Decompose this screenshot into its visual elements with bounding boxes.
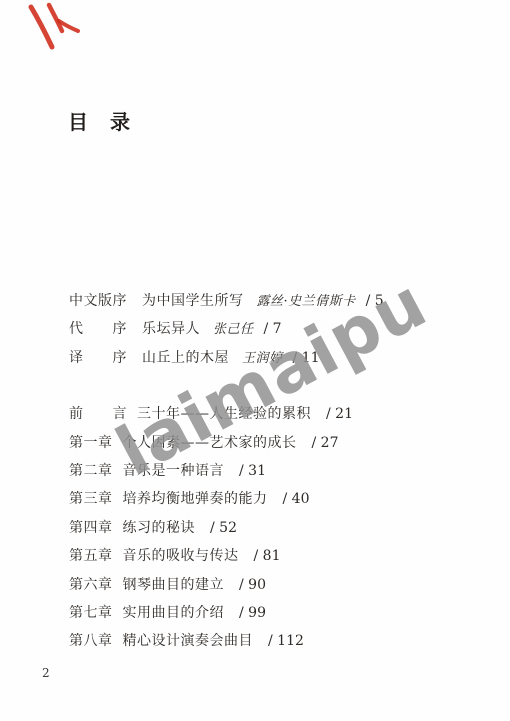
toc-row: 代 序乐坛异人张己任/ 7 [69,315,384,343]
toc-row-page: / 90 [239,577,266,593]
table-of-contents: 中文版序为中国学生所写露丝·史兰倩斯卡/ 5代 序乐坛异人张己任/ 7译 序山丘… [69,287,384,656]
toc-row-title: 乐坛异人 [142,321,200,337]
page-title: 目 录 [68,106,131,135]
toc-row: 第七章实用曲目的介绍/ 99 [69,599,384,627]
book-page: 目 录 laimaipu 中文版序为中国学生所写露丝·史兰倩斯卡/ 5代 序乐坛… [0,0,510,721]
toc-row-author: 王润婷 [242,351,283,366]
toc-row-title: 练习的秘诀 [123,520,196,536]
toc-row-author: 张己任 [213,322,254,337]
toc-row-label: 译 序 [69,350,127,366]
toc-row-page: / 81 [254,548,281,564]
toc-row-label: 第四章 [69,520,113,536]
toc-group-gap [69,372,384,400]
toc-row-title: 三十年——人生经验的累积 [137,406,311,422]
toc-row-title: 音乐是一种语言 [123,463,225,479]
toc-row-title: 精心设计演奏会曲目 [123,633,254,649]
toc-row-page: / 40 [283,491,310,507]
toc-row: 第四章练习的秘诀/ 52 [69,514,384,542]
toc-row: 前 言三十年——人生经验的累积/ 21 [69,400,384,428]
toc-row: 第六章钢琴曲目的建立/ 90 [69,571,384,599]
toc-row-label: 第六章 [69,577,113,593]
toc-row: 译 序山丘上的木屋王润婷/ 11 [69,344,384,372]
toc-row-title: 实用曲目的介绍 [123,605,225,621]
toc-row-page: / 112 [268,633,304,649]
toc-row: 第二章音乐是一种语言/ 31 [69,457,384,485]
toc-row-label: 第五章 [69,548,113,564]
toc-row-label: 第一章 [69,435,113,451]
toc-row-label: 第二章 [69,463,113,479]
red-pen-marks-icon [0,0,120,70]
toc-row-title: 培养均衡地弹奏的能力 [123,491,268,507]
toc-row-title: 为中国学生所写 [142,293,244,309]
toc-row-page: / 5 [366,293,384,309]
toc-row-page: / 52 [210,520,237,536]
toc-row-label: 代 序 [69,321,127,337]
page-number: 2 [42,666,50,680]
toc-row-label: 第三章 [69,491,113,507]
toc-row-page: / 21 [326,406,353,422]
toc-row-page: / 11 [293,350,320,366]
toc-row-label: 前 言 [69,406,127,422]
toc-row: 第五章音乐的吸收与传达/ 81 [69,542,384,570]
toc-row-label: 第七章 [69,605,113,621]
toc-row: 中文版序为中国学生所写露丝·史兰倩斯卡/ 5 [69,287,384,315]
toc-row-title: 音乐的吸收与传达 [123,548,239,564]
toc-row-title: 山丘上的木屋 [142,350,229,366]
toc-row-page: / 99 [239,605,266,621]
toc-row-page: / 27 [312,435,339,451]
toc-front-matter-group: 中文版序为中国学生所写露丝·史兰倩斯卡/ 5代 序乐坛异人张己任/ 7译 序山丘… [69,287,384,372]
toc-row: 第八章精心设计演奏会曲目/ 112 [69,627,384,655]
toc-row: 第一章个人因素——艺术家的成长/ 27 [69,429,384,457]
toc-chapter-group: 前 言三十年——人生经验的累积/ 21第一章个人因素——艺术家的成长/ 27第二… [69,400,384,656]
toc-row-page: / 7 [264,321,282,337]
toc-row-title: 个人因素——艺术家的成长 [123,435,297,451]
toc-row: 第三章培养均衡地弹奏的能力/ 40 [69,485,384,513]
toc-row-title: 钢琴曲目的建立 [123,577,225,593]
toc-row-label: 第八章 [69,633,113,649]
toc-row-page: / 31 [239,463,266,479]
toc-row-label: 中文版序 [69,293,127,309]
toc-row-author: 露丝·史兰倩斯卡 [257,294,356,309]
